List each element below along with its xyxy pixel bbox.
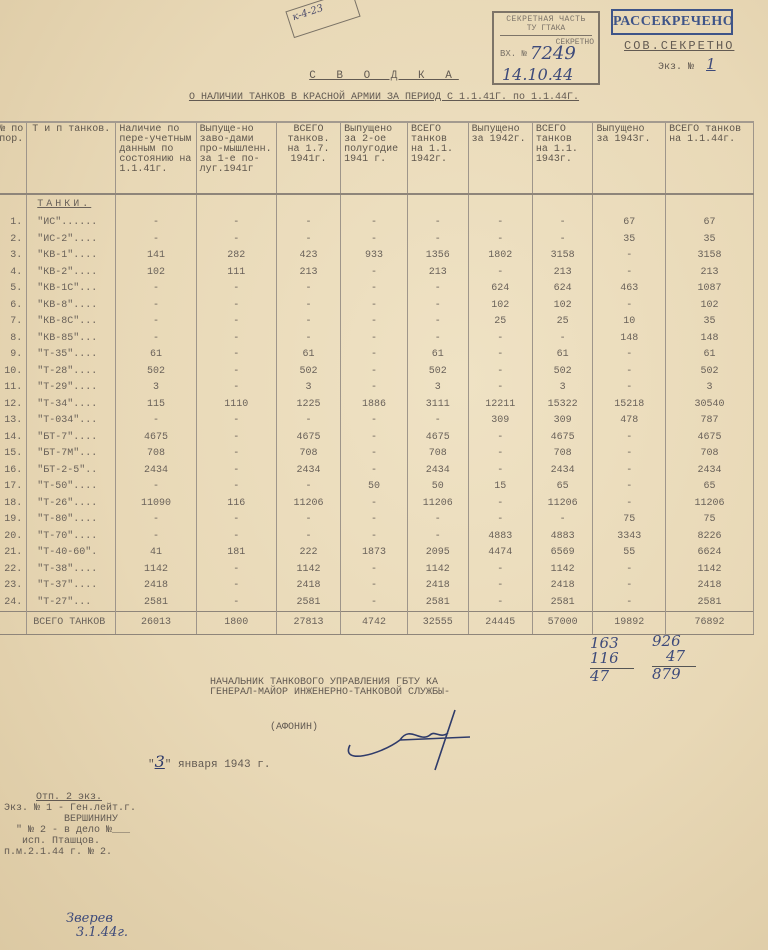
secrecy-mark: СОВ.СЕКРЕТНО — [624, 39, 734, 53]
distribution-line: п.м.2.1.44 г. № 2. — [4, 847, 136, 858]
cell-value: 181 — [196, 545, 276, 562]
tank-type: "Т-034"... — [27, 413, 116, 430]
header-total-jul-1941: ВСЕГО танков. на 1.7. 1941г. — [276, 122, 340, 194]
distribution-line: исп. Пташцов. — [4, 836, 136, 847]
tank-type: "Т-38".... — [27, 562, 116, 579]
cell-value: 102 — [666, 298, 754, 315]
cell-value: - — [468, 215, 532, 232]
cell-value: - — [341, 562, 408, 579]
table-row: 16."БТ-2-5"..2434-2434-2434-2434-2434 — [0, 463, 754, 480]
row-number: 22. — [0, 562, 27, 579]
cell-value: 6569 — [532, 545, 593, 562]
tank-type: "ИС"...... — [27, 215, 116, 232]
cell-value: - — [341, 265, 408, 282]
cell-value: 55 — [593, 545, 666, 562]
cell-value: - — [468, 430, 532, 447]
cell-value: 148 — [666, 331, 754, 348]
table-row: 18."Т-26"....1109011611206-11206-11206-1… — [0, 496, 754, 513]
cell-value: - — [276, 331, 340, 348]
tank-type: "КВ-1".... — [27, 248, 116, 265]
cell-value: 309 — [468, 413, 532, 430]
cell-value: 502 — [532, 364, 593, 381]
row-number: 3. — [0, 248, 27, 265]
row-number: 4. — [0, 265, 27, 282]
row-number: 20. — [0, 529, 27, 546]
tank-type: "Т-50".... — [27, 479, 116, 496]
cell-value: - — [593, 446, 666, 463]
tank-type: "КВ-85"... — [27, 331, 116, 348]
cell-value: 102 — [468, 298, 532, 315]
cell-value: - — [468, 595, 532, 612]
distribution-line: Экз. № 1 - Ген.лейт.г. — [4, 803, 136, 814]
tank-type: "Т-70".... — [27, 529, 116, 546]
cell-value: 933 — [341, 248, 408, 265]
cell-value: - — [341, 314, 408, 331]
cell-value: 25 — [468, 314, 532, 331]
cell-value: 213 — [407, 265, 468, 282]
cell-value: - — [593, 430, 666, 447]
cell-value: 61 — [276, 347, 340, 364]
cell-value: - — [196, 232, 276, 249]
cell-value: 35 — [593, 232, 666, 249]
cell-value: 624 — [532, 281, 593, 298]
initials-note: Зверев 3.1.44г. — [66, 912, 128, 940]
declassified-stamp: РАССЕКРЕЧЕНО — [611, 9, 733, 35]
cell-value: - — [196, 215, 276, 232]
cell-value: - — [116, 298, 196, 315]
cell-value: 478 — [593, 413, 666, 430]
cell-value: - — [116, 512, 196, 529]
cell-value: 3158 — [532, 248, 593, 265]
table-row: 11."Т-29"....3-3-3-3-3 — [0, 380, 754, 397]
stamp-num-label: ВХ. № — [500, 49, 527, 59]
cell-value: 3 — [276, 380, 340, 397]
cell-value: 3 — [532, 380, 593, 397]
table-row: 14."БТ-7"....4675-4675-4675-4675-4675 — [0, 430, 754, 447]
cell-value: 2434 — [276, 463, 340, 480]
tank-summary-table: №№ по пор. Т и п танков. Наличие по пере… — [0, 121, 754, 635]
row-number: 1. — [0, 215, 27, 232]
row-number: 21. — [0, 545, 27, 562]
cell-value: - — [196, 446, 276, 463]
cell-value: - — [407, 314, 468, 331]
tank-type: "КВ-1С"... — [27, 281, 116, 298]
tank-type: "Т-34".... — [27, 397, 116, 414]
distribution-line: " № 2 - в дело №___ — [4, 825, 136, 836]
row-number: 8. — [0, 331, 27, 348]
date-day: 3 — [155, 752, 165, 771]
cell-value: - — [341, 578, 408, 595]
row-number: 12. — [0, 397, 27, 414]
cell-value: - — [276, 215, 340, 232]
cell-value: 708 — [116, 446, 196, 463]
cell-value: 4883 — [468, 529, 532, 546]
cell-value: - — [196, 463, 276, 480]
table-row: 4."КВ-2"....102111213-213-213-213 — [0, 265, 754, 282]
tank-type: "Т-35".... — [27, 347, 116, 364]
table-row: 1."ИС"......-------6767 — [0, 215, 754, 232]
row-number: 15. — [0, 446, 27, 463]
cell-value: 423 — [276, 248, 340, 265]
header-total-1943: ВСЕГО танков на 1.1. 1943г. — [532, 122, 593, 194]
cell-value: 11206 — [666, 496, 754, 513]
stamp-line2: ТУ ГТАКА — [494, 24, 598, 33]
cell-value: 67 — [666, 215, 754, 232]
table-row: 24."Т-27"...2581-2581-2581-2581-2581 — [0, 595, 754, 612]
cell-value: - — [341, 496, 408, 513]
table-row: 13."Т-034"...-----309309478787 — [0, 413, 754, 430]
cell-value: 75 — [593, 512, 666, 529]
tank-type: "Т-27"... — [27, 595, 116, 612]
total-value: 4742 — [341, 612, 408, 635]
cell-value: 2434 — [407, 463, 468, 480]
cell-value: - — [468, 463, 532, 480]
tank-type: "Т-40-60". — [27, 545, 116, 562]
cell-value: - — [196, 512, 276, 529]
total-row: ВСЕГО ТАНКОВ2601318002781347423255524445… — [0, 612, 754, 635]
cell-value: 8226 — [666, 529, 754, 546]
table-row: 2."ИС-2"....-------3535 — [0, 232, 754, 249]
cell-value: - — [341, 512, 408, 529]
cell-value: - — [407, 331, 468, 348]
cell-value: 61 — [666, 347, 754, 364]
cell-value: - — [196, 281, 276, 298]
cell-value: 2581 — [666, 595, 754, 612]
tank-type: "КВ-8".... — [27, 298, 116, 315]
margin-calculation-left: 163 116 47 — [590, 636, 634, 684]
cell-value: 3343 — [593, 529, 666, 546]
cell-value: 6624 — [666, 545, 754, 562]
cell-value: - — [341, 298, 408, 315]
cell-value: 11206 — [276, 496, 340, 513]
cell-value: - — [341, 529, 408, 546]
cell-value: - — [196, 347, 276, 364]
cell-value: 35 — [666, 314, 754, 331]
cell-value: - — [196, 364, 276, 381]
date-rest: " января 1943 г. — [165, 759, 271, 771]
table-row: 20."Т-70"....-----4883488333438226 — [0, 529, 754, 546]
cell-value: 1142 — [407, 562, 468, 579]
total-value: 27813 — [276, 612, 340, 635]
cell-value: - — [196, 314, 276, 331]
cell-value: - — [276, 512, 340, 529]
cell-value: 2095 — [407, 545, 468, 562]
table-header-row: №№ по пор. Т и п танков. Наличие по пере… — [0, 122, 754, 194]
cell-value: - — [196, 413, 276, 430]
cell-value: 2581 — [532, 595, 593, 612]
cell-value: - — [407, 529, 468, 546]
cell-value: - — [468, 232, 532, 249]
cell-value: 61 — [116, 347, 196, 364]
distribution-header: Отп. 2 экз. — [4, 792, 136, 803]
table-row: 23."Т-37"....2418-2418-2418-2418-2418 — [0, 578, 754, 595]
total-value: 26013 — [116, 612, 196, 635]
cell-value: - — [593, 347, 666, 364]
calc-left-3: 47 — [590, 669, 634, 684]
cell-value: 1110 — [196, 397, 276, 414]
cell-value: - — [341, 446, 408, 463]
cell-value: - — [341, 347, 408, 364]
tank-type: "КВ-8С"... — [27, 314, 116, 331]
cell-value: - — [532, 331, 593, 348]
cell-value: 2418 — [276, 578, 340, 595]
row-number: 13. — [0, 413, 27, 430]
cell-value: 3 — [407, 380, 468, 397]
header-produced-h1-1941: Выпуще-но заво-дами про-мышленн. за 1-е … — [196, 122, 276, 194]
cell-value: 15 — [468, 479, 532, 496]
cell-value: - — [468, 265, 532, 282]
cell-value: - — [341, 430, 408, 447]
row-number: 6. — [0, 298, 27, 315]
stamp-line1: СЕКРЕТНАЯ ЧАСТЬ — [494, 15, 598, 24]
cell-value: - — [407, 232, 468, 249]
cell-value: 111 — [196, 265, 276, 282]
cell-value: - — [468, 562, 532, 579]
cell-value: - — [593, 380, 666, 397]
cell-value: 65 — [532, 479, 593, 496]
cell-value: 2581 — [407, 595, 468, 612]
cell-value: 25 — [532, 314, 593, 331]
table-row: 10."Т-28"....502-502-502-502-502 — [0, 364, 754, 381]
tank-type: "ИС-2".... — [27, 232, 116, 249]
row-number: 2. — [0, 232, 27, 249]
cell-value: 4675 — [116, 430, 196, 447]
cell-value: 1886 — [341, 397, 408, 414]
cell-value: - — [341, 364, 408, 381]
cell-value: 3158 — [666, 248, 754, 265]
table-row: 17."Т-50"....---50501565-65 — [0, 479, 754, 496]
cell-value: 502 — [407, 364, 468, 381]
row-number: 11. — [0, 380, 27, 397]
cell-value: 4883 — [532, 529, 593, 546]
cell-value: - — [593, 298, 666, 315]
cell-value: - — [532, 215, 593, 232]
cell-value: 2434 — [532, 463, 593, 480]
row-number: 17. — [0, 479, 27, 496]
cell-value: - — [341, 463, 408, 480]
total-label: ВСЕГО ТАНКОВ — [27, 612, 116, 635]
cell-value: 35 — [666, 232, 754, 249]
cell-value: 1142 — [666, 562, 754, 579]
header-stock-1941: Наличие по пере-учетным данным по состоя… — [116, 122, 196, 194]
cell-value: - — [196, 298, 276, 315]
cell-value: - — [468, 364, 532, 381]
distribution-line: ВЕРШИНИНУ — [4, 814, 136, 825]
section-row: ТАНКИ. — [0, 194, 754, 215]
cell-value: - — [116, 529, 196, 546]
stamp-num-value: 7249 — [530, 43, 576, 64]
calc-left-2: 116 — [590, 651, 634, 666]
handwritten-signature — [340, 705, 490, 775]
cell-value: 282 — [196, 248, 276, 265]
tank-type: "Т-37".... — [27, 578, 116, 595]
cell-value: 148 — [593, 331, 666, 348]
cell-value: 15218 — [593, 397, 666, 414]
cell-value: - — [276, 232, 340, 249]
document-title: С В О Д К А — [0, 70, 768, 82]
cell-value: - — [196, 529, 276, 546]
table-row: 3."КВ-1"....141282423933135618023158-315… — [0, 248, 754, 265]
margin-calculation-right: 926 47 879 — [652, 634, 696, 682]
table-row: 6."КВ-8"....-----102102-102 — [0, 298, 754, 315]
row-number: 16. — [0, 463, 27, 480]
cell-value: 15322 — [532, 397, 593, 414]
document-date: "3" января 1943 г. — [148, 752, 270, 771]
cell-value: 4675 — [276, 430, 340, 447]
cell-value: - — [407, 512, 468, 529]
cell-value: - — [593, 265, 666, 282]
cell-value: 1142 — [276, 562, 340, 579]
cell-value: - — [196, 578, 276, 595]
total-value: 32555 — [407, 612, 468, 635]
cell-value: - — [468, 578, 532, 595]
cell-value: 502 — [116, 364, 196, 381]
section-label: ТАНКИ. — [27, 194, 116, 215]
signatory-line2: ГЕНЕРАЛ-МАЙОР ИНЖЕНЕРНО-ТАНКОВОЙ СЛУЖБЫ- — [210, 688, 450, 698]
tank-type: "Т-26".... — [27, 496, 116, 513]
cell-value: - — [116, 215, 196, 232]
cell-value: 102 — [116, 265, 196, 282]
cell-value: - — [276, 281, 340, 298]
cell-value: 502 — [276, 364, 340, 381]
distribution-list: Отп. 2 экз.Экз. № 1 - Ген.лейт.г. ВЕРШИН… — [4, 792, 136, 858]
cell-value: 41 — [116, 545, 196, 562]
cell-value: - — [116, 281, 196, 298]
cell-value: - — [276, 529, 340, 546]
cell-value: - — [341, 380, 408, 397]
table-row: 5."КВ-1С"...-----6246244631087 — [0, 281, 754, 298]
cell-value: 67 — [593, 215, 666, 232]
table-row: 9."Т-35"....61-61-61-61-61 — [0, 347, 754, 364]
row-number: 18. — [0, 496, 27, 513]
tank-type: "БТ-7М"... — [27, 446, 116, 463]
cell-value: - — [276, 314, 340, 331]
row-number: 19. — [0, 512, 27, 529]
cell-value: - — [196, 595, 276, 612]
cell-value: 11090 — [116, 496, 196, 513]
table-row: 8."КВ-85"...-------148148 — [0, 331, 754, 348]
cell-value: 141 — [116, 248, 196, 265]
table-row: 19."Т-80"....-------7575 — [0, 512, 754, 529]
cell-value: - — [468, 380, 532, 397]
cell-value: 115 — [116, 397, 196, 414]
row-number: 14. — [0, 430, 27, 447]
tank-type: "Т-28".... — [27, 364, 116, 381]
cell-value: - — [116, 232, 196, 249]
cell-value: - — [341, 413, 408, 430]
cell-value: - — [341, 281, 408, 298]
cell-value: 463 — [593, 281, 666, 298]
cell-value: - — [468, 331, 532, 348]
cell-value: - — [407, 298, 468, 315]
date-quote-open: " — [148, 759, 155, 771]
stamp-divider — [500, 35, 592, 36]
cell-value: - — [593, 463, 666, 480]
cell-value: 102 — [532, 298, 593, 315]
header-total-1942: ВСЕГО танков на 1.1. 1942г. — [407, 122, 468, 194]
cell-value: 12211 — [468, 397, 532, 414]
cell-value: 30540 — [666, 397, 754, 414]
initials-name: Зверев — [66, 912, 128, 926]
cell-value: 1225 — [276, 397, 340, 414]
cell-value: - — [407, 215, 468, 232]
cell-value: 2434 — [666, 463, 754, 480]
cell-value: 2418 — [116, 578, 196, 595]
tank-type: "КВ-2".... — [27, 265, 116, 282]
cell-value: 2581 — [116, 595, 196, 612]
cell-value: 4675 — [532, 430, 593, 447]
tank-type: "Т-29".... — [27, 380, 116, 397]
cell-value: 1356 — [407, 248, 468, 265]
cell-value: - — [276, 479, 340, 496]
cell-value: - — [196, 430, 276, 447]
cell-value: 50 — [341, 479, 408, 496]
cell-value: - — [196, 331, 276, 348]
total-value: 24445 — [468, 612, 532, 635]
cell-value: - — [532, 232, 593, 249]
row-number: 24. — [0, 595, 27, 612]
table-row: 21."Т-40-60".411812221873209544746569556… — [0, 545, 754, 562]
cell-value: - — [468, 496, 532, 513]
cell-value: 1142 — [116, 562, 196, 579]
cell-value: 708 — [666, 446, 754, 463]
cell-value: 4675 — [666, 430, 754, 447]
table-row: 22."Т-38"....1142-1142-1142-1142-1142 — [0, 562, 754, 579]
table-row: 12."Т-34"....115111012251886311112211153… — [0, 397, 754, 414]
row-number: 10. — [0, 364, 27, 381]
cell-value: 708 — [276, 446, 340, 463]
cell-value: 213 — [276, 265, 340, 282]
total-value: 1800 — [196, 612, 276, 635]
cell-value: - — [593, 496, 666, 513]
cell-value: - — [407, 413, 468, 430]
cell-value: 2418 — [666, 578, 754, 595]
cell-value: 222 — [276, 545, 340, 562]
cell-value: 708 — [532, 446, 593, 463]
cell-value: - — [196, 380, 276, 397]
cell-value: - — [341, 595, 408, 612]
calc-right-2: 47 — [652, 649, 696, 664]
header-produced-1943: Выпущено за 1943г. — [593, 122, 666, 194]
cell-value: - — [593, 364, 666, 381]
signatory-title: НАЧАЛЬНИК ТАНКОВОГО УПРАВЛЕНИЯ ГБТУ КА Г… — [210, 678, 450, 698]
cell-value: 4675 — [407, 430, 468, 447]
cell-value: 50 — [407, 479, 468, 496]
cell-value: 502 — [666, 364, 754, 381]
cell-value: 2434 — [116, 463, 196, 480]
row-number: 7. — [0, 314, 27, 331]
cell-value: 1142 — [532, 562, 593, 579]
cell-value: 61 — [407, 347, 468, 364]
signatory-name: (АФОНИН) — [270, 722, 318, 733]
cell-value: - — [116, 331, 196, 348]
cell-value: 1873 — [341, 545, 408, 562]
corner-note: к-4-23 — [285, 0, 360, 38]
initials-date: 3.1.44г. — [66, 926, 128, 940]
cell-value: 3 — [666, 380, 754, 397]
cell-value: - — [407, 281, 468, 298]
cell-value: - — [116, 314, 196, 331]
cell-value: 2418 — [407, 578, 468, 595]
cell-value: - — [196, 479, 276, 496]
cell-value: - — [341, 331, 408, 348]
cell-value: 3 — [116, 380, 196, 397]
cell-value: - — [468, 446, 532, 463]
cell-value: 624 — [468, 281, 532, 298]
cell-value: - — [593, 248, 666, 265]
cell-value: - — [593, 479, 666, 496]
header-produced-h2-1941: Выпущено за 2-ое полугодие 1941 г. — [341, 122, 408, 194]
